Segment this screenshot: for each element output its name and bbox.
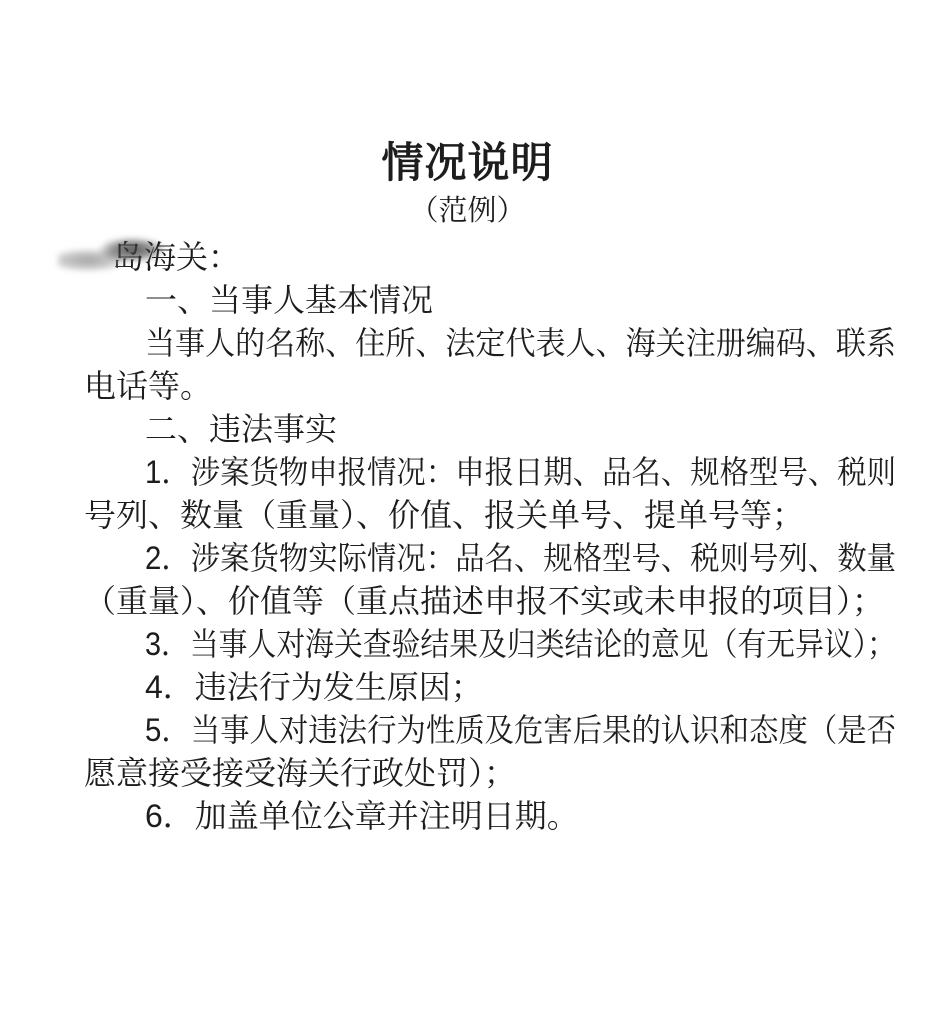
text-line: 2．涉案货物实际情况：品名、规格型号、税则号列、数量: [84, 537, 896, 580]
text-line: 一、当事人基本情况: [84, 279, 896, 322]
text-line-content: 4．违法行为发生原因；: [145, 666, 483, 709]
text-line: 愿意接受接受海关行政处罚）；: [84, 752, 896, 795]
text-line-content: 3．当事人对海关查验结果及归类结论的意见（有无异议）；: [145, 623, 896, 666]
text-line-content: 电话等。: [84, 365, 212, 408]
text-line-content: 一、当事人基本情况: [145, 279, 433, 322]
text-line-content: 号列、数量（重量）、价值、报关单号、提单号等；: [84, 494, 804, 537]
text-line-content: 当事人的名称、住所、法定代表人、海关注册编码、联系: [145, 322, 896, 365]
text-line: 4．违法行为发生原因；: [84, 666, 896, 709]
salutation-row: 岛海关：: [84, 236, 896, 279]
salutation: 岛海关：: [84, 236, 240, 279]
text-line-content: 二、违法事实: [145, 408, 337, 451]
text-line-content: 6．加盖单位公章并注明日期。: [145, 795, 579, 838]
text-line: 电话等。: [84, 365, 896, 408]
text-line-content: 2．涉案货物实际情况：品名、规格型号、税则号列、数量: [145, 537, 896, 580]
text-line-content: 5．当事人对违法行为性质及危害后果的认识和态度（是否: [145, 709, 896, 752]
document-page: 情况说明 （范例） 岛海关： 一、当事人基本情况当事人的名称、住所、法定代表人、…: [0, 0, 935, 1018]
text-line-content: （重量）、价值等（重点描述申报不实或未申报的项目）；: [84, 580, 884, 623]
text-line: 6．加盖单位公章并注明日期。: [84, 795, 896, 838]
text-line: 号列、数量（重量）、价值、报关单号、提单号等；: [84, 494, 896, 537]
document-body: 一、当事人基本情况当事人的名称、住所、法定代表人、海关注册编码、联系电话等。二、…: [84, 279, 896, 838]
text-line: 1．涉案货物申报情况：申报日期、品名、规格型号、税则: [84, 451, 896, 494]
text-line-content: 愿意接受接受海关行政处罚）；: [84, 752, 516, 795]
document-title: 情况说明: [0, 140, 935, 186]
text-line: 当事人的名称、住所、法定代表人、海关注册编码、联系: [84, 322, 896, 365]
text-line-content: 1．涉案货物申报情况：申报日期、品名、规格型号、税则: [145, 451, 896, 494]
text-line: 二、违法事实: [84, 408, 896, 451]
text-line: （重量）、价值等（重点描述申报不实或未申报的项目）；: [84, 580, 896, 623]
text-line: 3．当事人对海关查验结果及归类结论的意见（有无异议）；: [84, 623, 896, 666]
document-subtitle: （范例）: [0, 194, 935, 228]
text-line: 5．当事人对违法行为性质及危害后果的认识和态度（是否: [84, 709, 896, 752]
document-content: 岛海关： 一、当事人基本情况当事人的名称、住所、法定代表人、海关注册编码、联系电…: [84, 236, 896, 838]
